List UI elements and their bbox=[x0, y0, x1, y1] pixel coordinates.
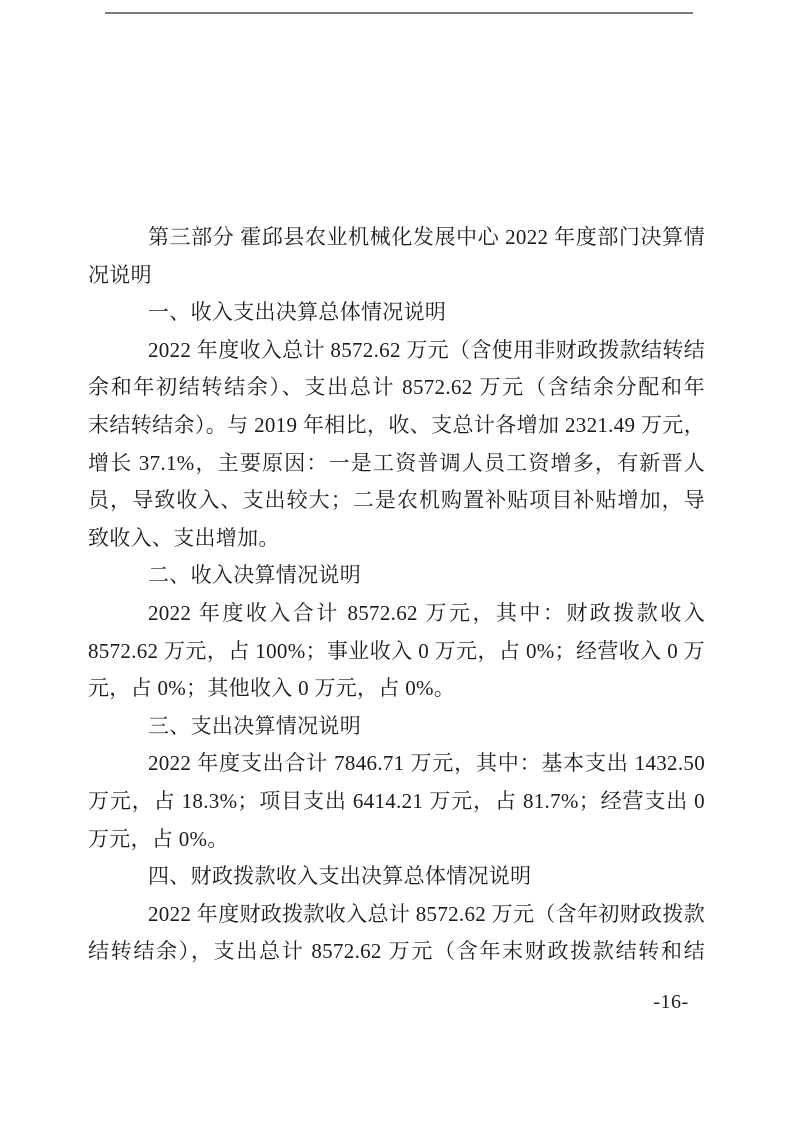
doc-line: 2022 年度收入总计 8572.62 万元（含使用非财政拨款结转结 bbox=[88, 332, 705, 370]
doc-line: 8572.62 万元，占 100%；事业收入 0 万元，占 0%；经营收入 0 … bbox=[88, 633, 705, 671]
section-heading-4: 四、财政拨款收入支出决算总体情况说明 bbox=[88, 858, 705, 896]
section-heading-3: 三、支出决算情况说明 bbox=[88, 708, 705, 746]
doc-line: 增长 37.1%，主要原因：一是工资普调人员工资增多，有新晋人 bbox=[88, 445, 705, 483]
page-number: -16- bbox=[640, 991, 702, 1014]
section-heading-2: 二、收入决算情况说明 bbox=[88, 557, 705, 595]
doc-line: 万元，占 0%。 bbox=[88, 821, 705, 859]
section-heading-1: 一、收入支出决算总体情况说明 bbox=[88, 294, 705, 332]
doc-line: 2022 年度财政拨款收入总计 8572.62 万元（含年初财政拨款 bbox=[88, 896, 705, 934]
doc-line: 余和年初结转结余）、支出总计 8572.62 万元（含结余分配和年 bbox=[88, 369, 705, 407]
doc-line: 万元，占 18.3%；项目支出 6414.21 万元，占 81.7%；经营支出 … bbox=[88, 783, 705, 821]
doc-line: 2022 年度收入合计 8572.62 万元，其中：财政拨款收入 bbox=[88, 595, 705, 633]
doc-line: 员，导致收入、支出较大；二是农机购置补贴项目补贴增加，导 bbox=[88, 482, 705, 520]
doc-line: 致收入、支出增加。 bbox=[88, 520, 705, 558]
doc-title-line: 况说明 bbox=[88, 257, 705, 295]
doc-line: 2022 年度支出合计 7846.71 万元，其中：基本支出 1432.50 bbox=[88, 745, 705, 783]
doc-line: 末结转结余）。与 2019 年相比，收、支总计各增加 2321.49 万元， bbox=[88, 407, 705, 445]
document-page: 第三部分 霍邱县农业机械化发展中心 2022 年度部门决算情 况说明 一、收入支… bbox=[0, 0, 793, 1121]
header-rule bbox=[105, 12, 693, 14]
document-body: 第三部分 霍邱县农业机械化发展中心 2022 年度部门决算情 况说明 一、收入支… bbox=[88, 219, 705, 971]
doc-line: 结转结余），支出总计 8572.62 万元（含年末财政拨款结转和结 bbox=[88, 933, 705, 971]
doc-line: 元，占 0%；其他收入 0 万元，占 0%。 bbox=[88, 670, 705, 708]
doc-title-line: 第三部分 霍邱县农业机械化发展中心 2022 年度部门决算情 bbox=[88, 219, 705, 257]
